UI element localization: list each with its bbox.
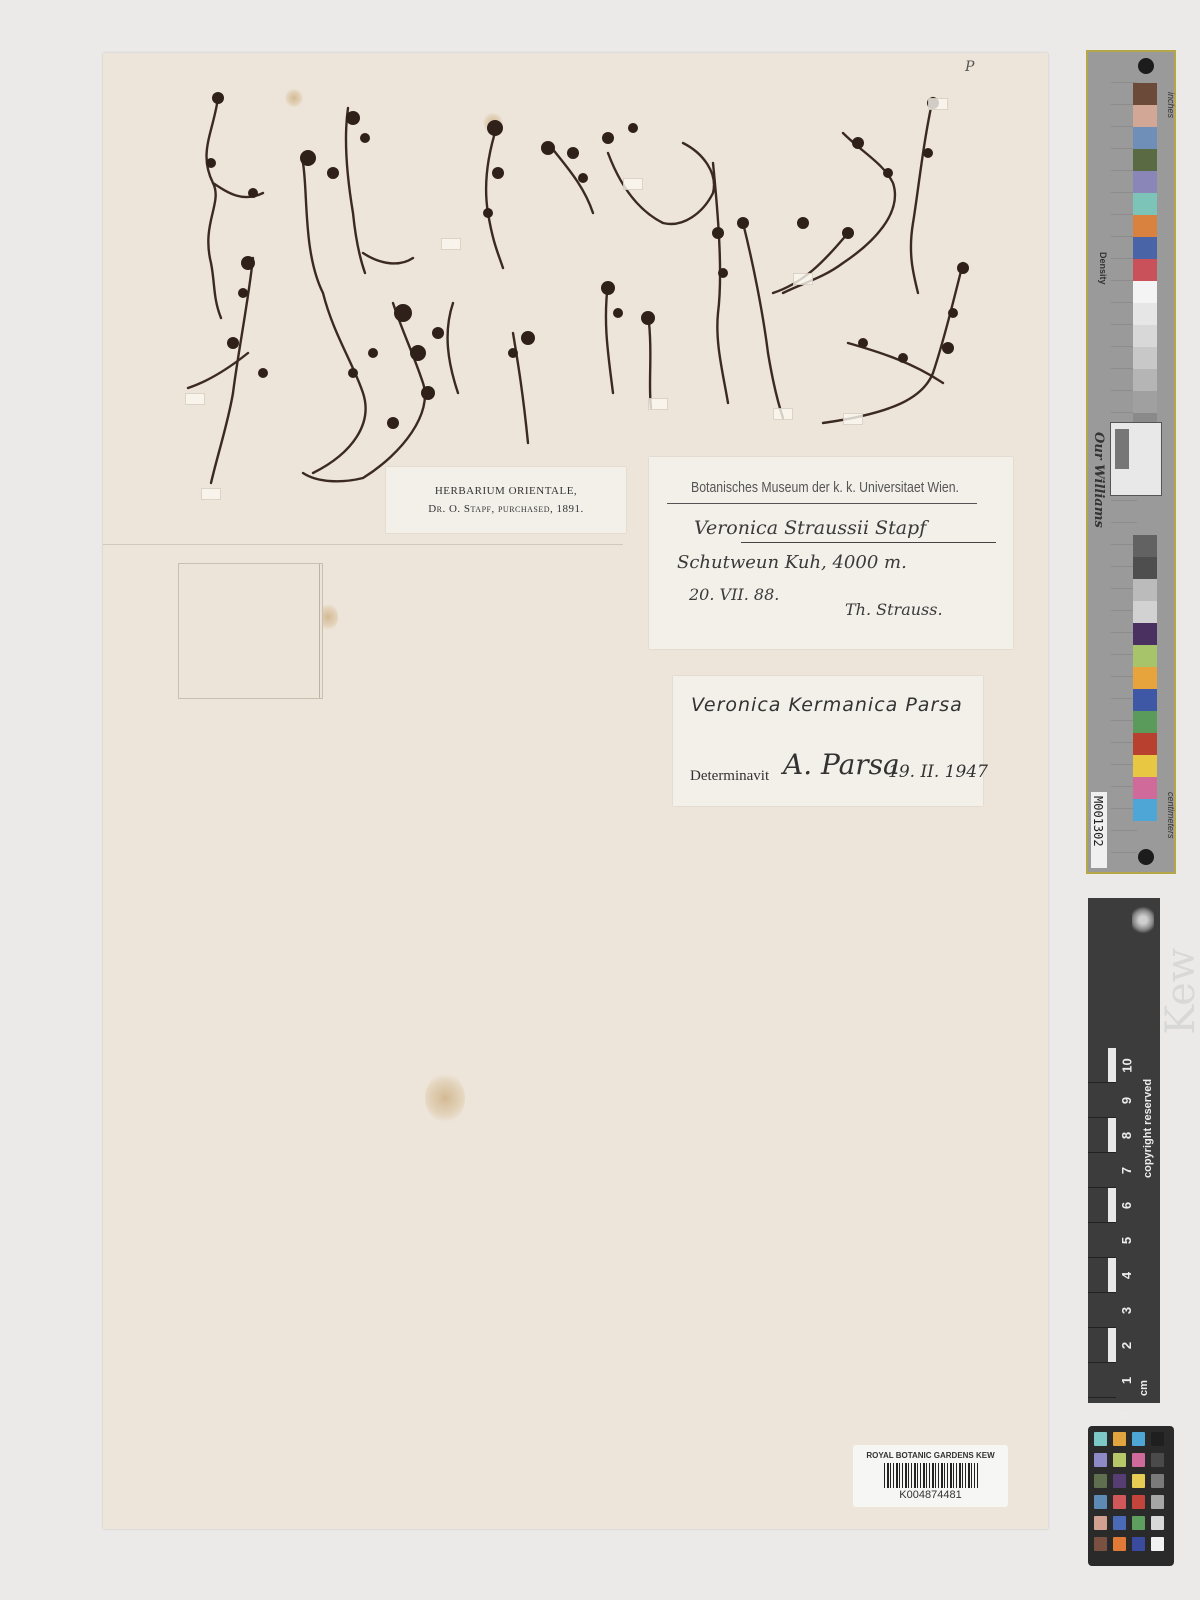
tape-strip (201, 488, 221, 500)
sheet-fold-line (103, 544, 623, 545)
determiner-signature: A. Parsa (783, 748, 900, 781)
ruler-segment (1088, 1258, 1116, 1293)
tape-strip (773, 408, 793, 420)
stain (425, 1073, 465, 1123)
ruler-number: 6 (1118, 1188, 1136, 1223)
ruler-segment (1088, 1328, 1116, 1363)
calibration-patch (1133, 733, 1157, 755)
cm-unit-label: cm (1138, 1380, 1150, 1396)
color-checker-patch (1151, 1537, 1164, 1551)
ruler-number: 2 (1118, 1328, 1136, 1363)
color-checker-patch (1094, 1474, 1107, 1488)
museum-label-collector: Th. Strauss. (845, 600, 943, 619)
ruler-segment (1088, 1153, 1116, 1188)
calibration-patch (1133, 557, 1157, 579)
calibration-patch (1133, 171, 1157, 193)
calibration-patch (1133, 601, 1157, 623)
calibration-patch (1133, 623, 1157, 645)
calibration-patch (1133, 215, 1157, 237)
tape-strip (843, 413, 863, 425)
calibration-patch (1133, 237, 1157, 259)
calibration-patch (1133, 281, 1157, 303)
color-checker-card (1088, 1426, 1174, 1566)
strip-id-label: M001302 (1091, 792, 1107, 868)
color-checker-patch (1113, 1516, 1126, 1530)
color-checker-patch (1132, 1474, 1145, 1488)
calibration-patch (1133, 777, 1157, 799)
ruler-segment (1088, 1083, 1116, 1118)
color-checker-patch (1113, 1453, 1126, 1467)
calibration-patch (1133, 325, 1157, 347)
color-checker-patch (1094, 1516, 1107, 1530)
calibration-patch (1133, 127, 1157, 149)
color-checker-patch (1094, 1537, 1107, 1551)
calibration-patch (1133, 303, 1157, 325)
herbarium-sheet: P (103, 53, 1048, 1529)
color-checker-patch (1132, 1516, 1145, 1530)
tape-strip (793, 273, 813, 285)
ruler-segment (1088, 1363, 1116, 1398)
color-checker-patch (1151, 1453, 1164, 1467)
strip-id: M001302 (1091, 796, 1105, 847)
museum-label-header: Botanisches Museum der k. k. Universitae… (691, 479, 937, 496)
resolution-target (1110, 422, 1162, 496)
color-checker-patch (1113, 1495, 1126, 1509)
calibration-patch (1133, 193, 1157, 215)
museum-label-locality: Schutweun Kuh, 4000 m. (677, 552, 907, 573)
species-underline (741, 542, 996, 543)
determinavit-text: Determinavit (690, 768, 769, 785)
ruler-number: 5 (1118, 1223, 1136, 1258)
calibration-patch (1133, 105, 1157, 127)
ruler-segment (1088, 1048, 1116, 1083)
tape-strip (648, 398, 668, 410)
tape-strip (441, 238, 461, 250)
ruler-number: 3 (1118, 1293, 1136, 1328)
museum-label: Botanisches Museum der k. k. Universitae… (649, 457, 1013, 649)
museum-label-rule (667, 503, 977, 504)
barcode-number: K004874481 (853, 1489, 1008, 1501)
kew-logo: Kew (1158, 948, 1200, 1035)
herbarium-orientale-label: HERBARIUM ORIENTALE, Dr. O. Stapf, purch… (386, 467, 626, 533)
registration-dot-icon (1138, 58, 1154, 74)
resolution-target-bar (1115, 429, 1129, 469)
registration-dot-icon (1138, 849, 1154, 865)
kew-crest-icon (1132, 904, 1154, 936)
calibration-patch (1133, 535, 1157, 557)
herbarium-label-line1: HERBARIUM ORIENTALE, (386, 485, 626, 497)
calibration-patch (1133, 83, 1157, 105)
calibration-patch (1133, 149, 1157, 171)
color-checker-patch (1094, 1432, 1107, 1446)
calibration-patch (1133, 259, 1157, 281)
copyright-text: copyright reserved (1142, 1079, 1154, 1178)
centimeters-label: centimeters (1166, 792, 1176, 839)
barcode-institution: ROYAL BOTANIC GARDENS KEW (853, 1451, 1008, 1460)
barcode-label: ROYAL BOTANIC GARDENS KEW K004874481 (853, 1445, 1008, 1507)
calibration-patch (1133, 347, 1157, 369)
calibration-patch (1133, 645, 1157, 667)
determination-label: Veronica Kermanica Parsa Determinavit A.… (673, 676, 983, 806)
calibration-patch (1133, 711, 1157, 733)
determination-date: 19. II. 1947 (888, 762, 988, 782)
calibration-patch (1133, 369, 1157, 391)
tape-strip (185, 393, 205, 405)
calibration-patch (1133, 799, 1157, 821)
cm-ruler (1088, 1048, 1116, 1400)
calibration-patch (1133, 667, 1157, 689)
barcode-icon (884, 1463, 978, 1488)
ruler-number: 1 (1118, 1363, 1136, 1398)
ruler-number: 8 (1118, 1118, 1136, 1153)
ruler-number: 10 (1118, 1048, 1136, 1083)
color-checker-patch (1113, 1537, 1126, 1551)
calibration-patch (1133, 579, 1157, 601)
color-checker-patch (1132, 1432, 1145, 1446)
color-checker-patch (1094, 1495, 1107, 1509)
ruler-segment (1088, 1223, 1116, 1258)
cm-ruler-numbers: 109876543210 (1118, 1048, 1136, 1400)
fragment-packet[interactable] (178, 563, 323, 699)
herbarium-label-line2: Dr. O. Stapf, purchased, 1891. (386, 503, 626, 515)
ruler-segment (1088, 1293, 1116, 1328)
density-label: Density (1098, 252, 1108, 285)
packet-flap (319, 564, 323, 698)
tape-strip (928, 98, 948, 110)
ruler-segment (1088, 1188, 1116, 1223)
calibration-patch (1133, 391, 1157, 413)
color-checker-patch (1151, 1432, 1164, 1446)
color-checker-patch (1113, 1474, 1126, 1488)
color-checker-patch (1132, 1453, 1145, 1467)
museum-label-date: 20. VII. 88. (689, 585, 779, 604)
kew-scale-bar: Kew 109876543210 copyright reserved cm (1088, 898, 1160, 1403)
museum-label-species: Veronica Straussii Stapf (694, 517, 926, 539)
calibration-patch (1133, 689, 1157, 711)
color-calibration-strip: inches Density Our Williams centimeters … (1086, 50, 1176, 874)
tape-strip (623, 178, 643, 190)
ruler-segment (1088, 1118, 1116, 1153)
calibration-patch (1133, 755, 1157, 777)
color-checker-patch (1151, 1474, 1164, 1488)
determination-species: Veronica Kermanica Parsa (691, 694, 963, 716)
color-checker-patch (1094, 1453, 1107, 1467)
color-checker-patch (1151, 1495, 1164, 1509)
ruler-number: 9 (1118, 1083, 1136, 1118)
color-checker-patch (1151, 1516, 1164, 1530)
strip-brand: Our Williams (1091, 432, 1106, 528)
color-checker-grid (1094, 1432, 1164, 1551)
color-checker-patch (1113, 1432, 1126, 1446)
ruler-number: 7 (1118, 1153, 1136, 1188)
color-checker-patch (1132, 1537, 1145, 1551)
ruler-number: 4 (1118, 1258, 1136, 1293)
color-checker-patch (1132, 1495, 1145, 1509)
inches-label: inches (1166, 92, 1176, 118)
